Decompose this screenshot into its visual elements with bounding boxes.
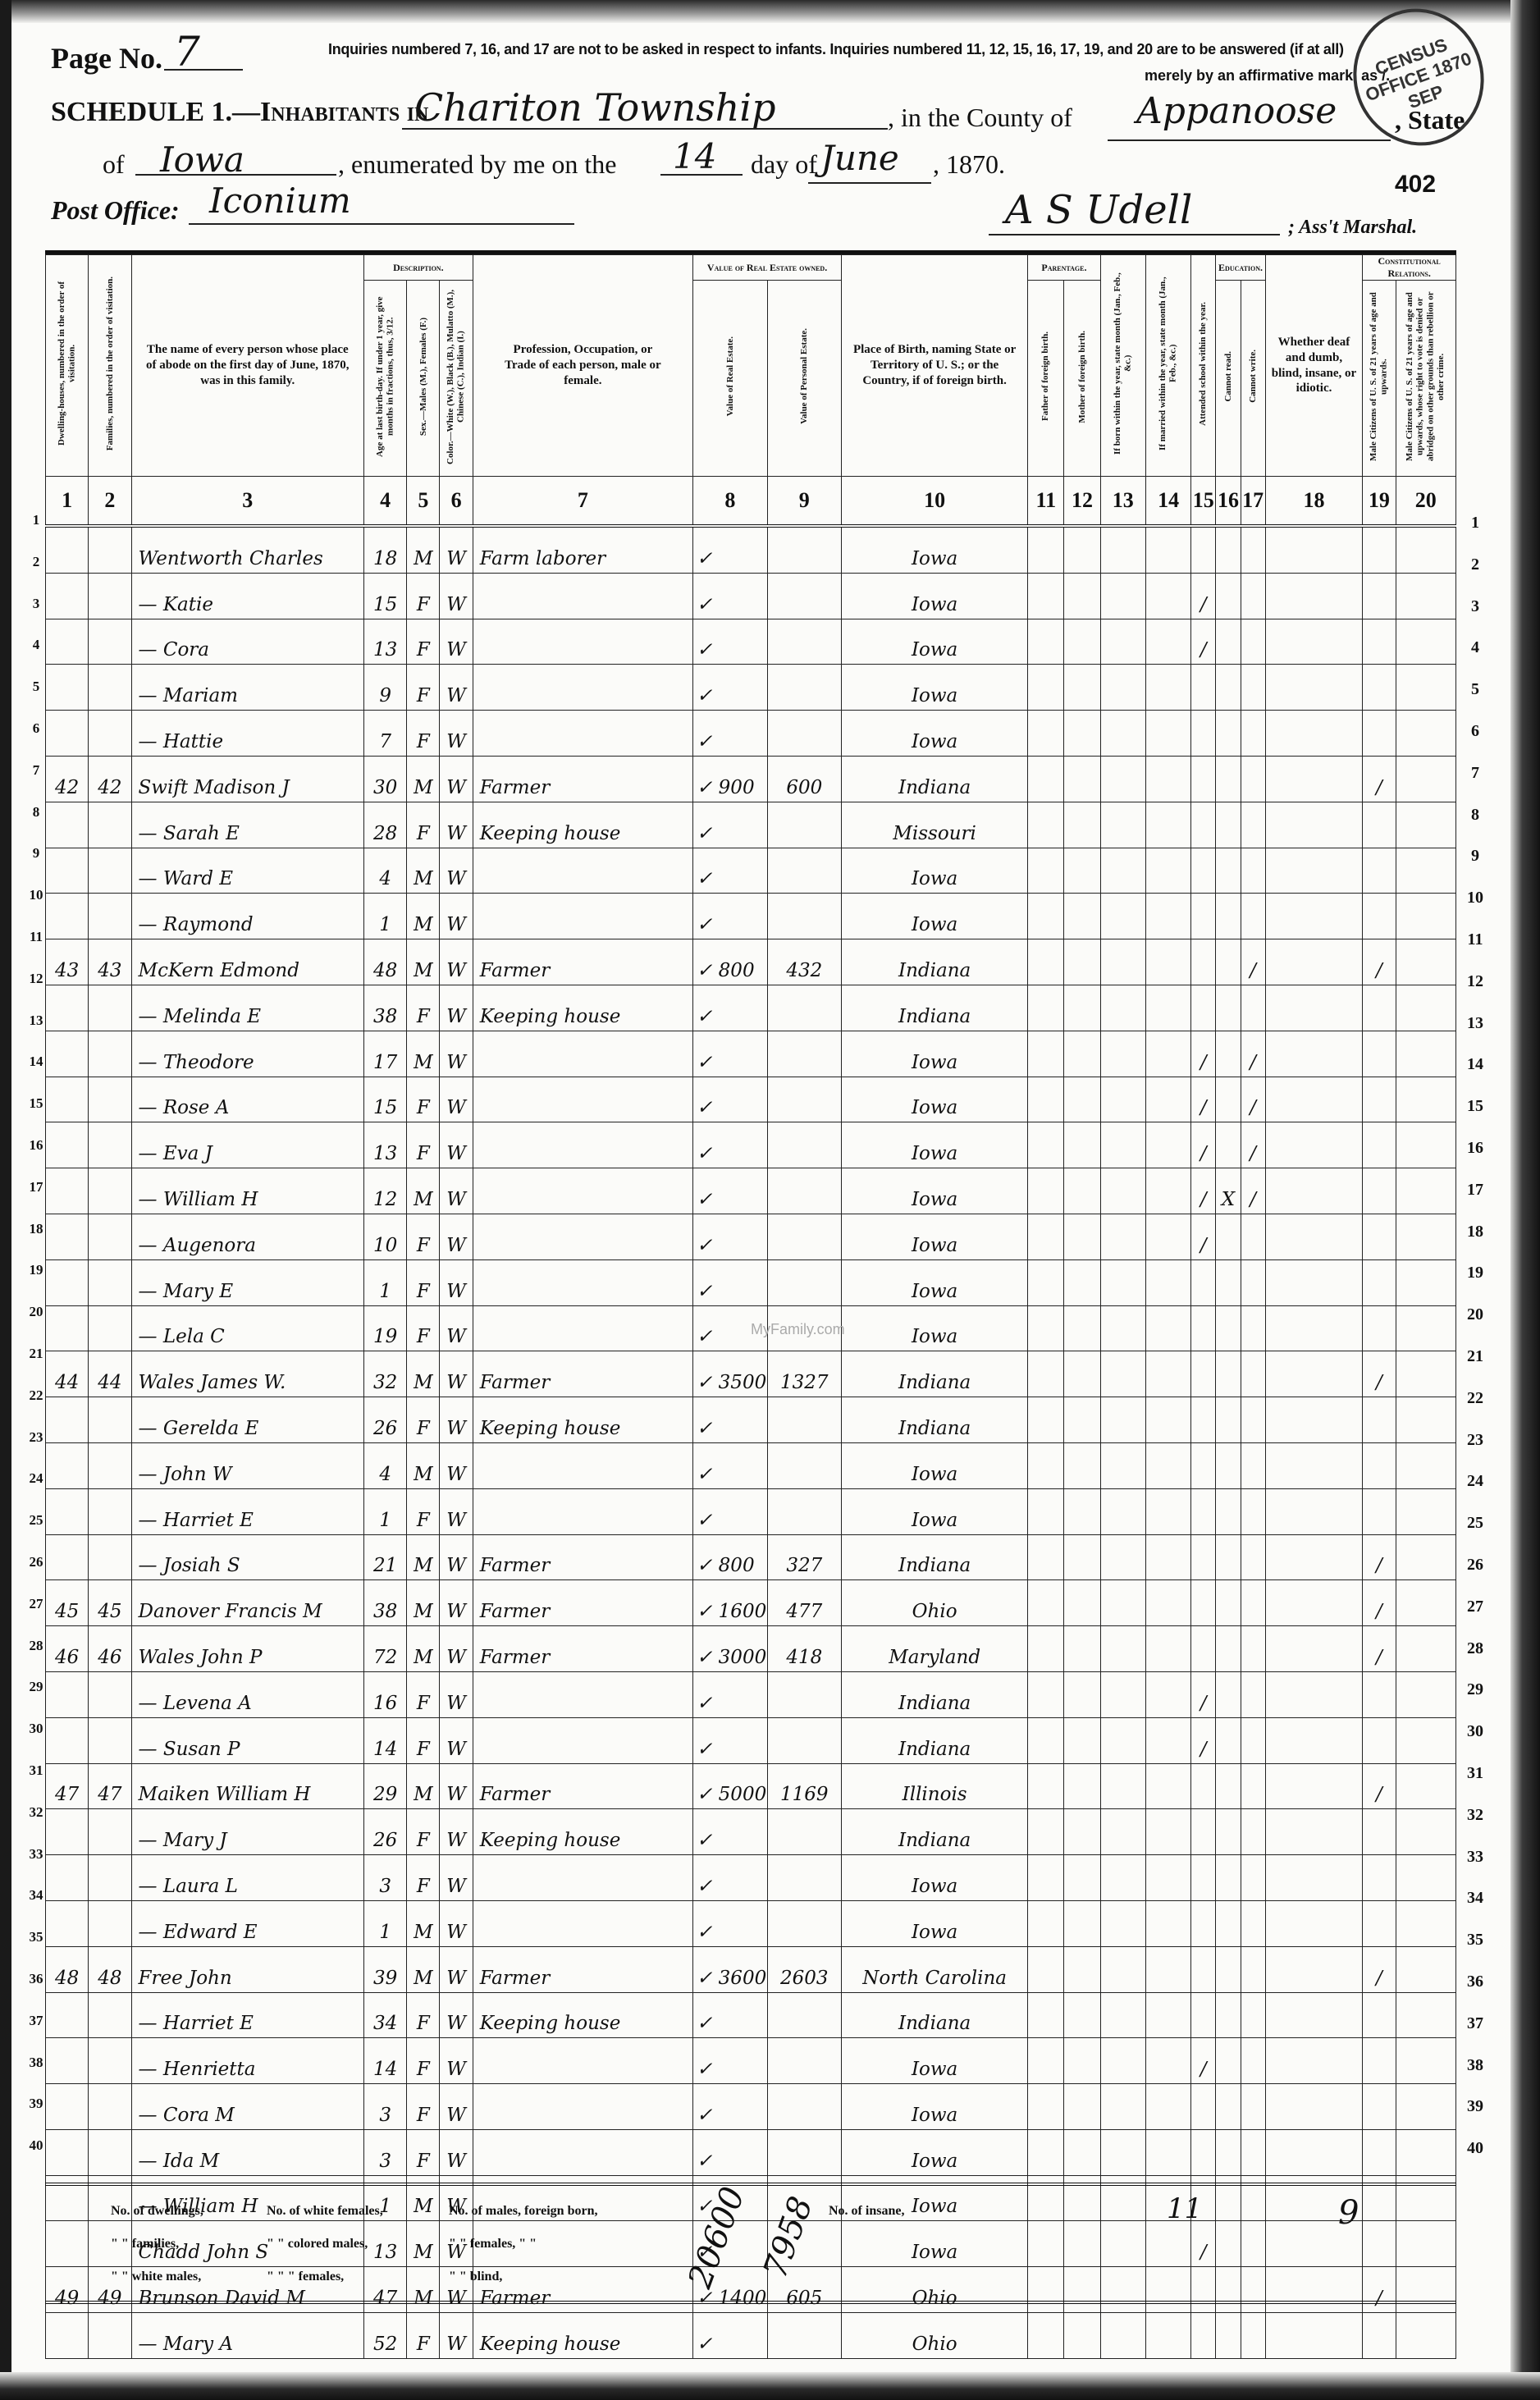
page-label: Page No. (51, 41, 162, 75)
column-number: 6 (440, 477, 473, 527)
year-label: , 1870. (933, 149, 1005, 180)
cell-dwelling-number (46, 711, 89, 757)
cell-real-estate-value: ✓ (693, 1992, 767, 2038)
cell-vote-denied (1396, 848, 1456, 894)
cell-occupation (473, 1305, 692, 1351)
cell-cannot-read (1216, 894, 1241, 939)
cell-vote-denied (1396, 894, 1456, 939)
cell-mother-foreign (1064, 1900, 1100, 1946)
cell-father-foreign (1028, 1534, 1064, 1580)
marshal-signature: A S Udell (1005, 187, 1192, 233)
header-group-education: Education. (1216, 255, 1265, 281)
cell-family-number (89, 848, 131, 894)
cell-vote-denied (1396, 1946, 1456, 1992)
cell-real-estate-value: ✓ (693, 2038, 767, 2084)
cell-mother-foreign (1064, 1534, 1100, 1580)
cell-dwelling-number (46, 1077, 89, 1122)
cell-color: W (440, 1946, 473, 1992)
cell-person-name: — Henrietta (131, 2038, 363, 2084)
scan-edge-top (0, 0, 1540, 23)
dwellings-label: No. of dwellings, (111, 2204, 203, 2219)
cell-mother-foreign (1064, 1397, 1100, 1443)
column-number: 1 (46, 477, 89, 527)
census-schedule: Dwelling-houses, numbered in the order o… (45, 250, 1456, 2359)
line-number-right: 21 (1459, 1347, 1492, 1366)
cell-sex: F (407, 1671, 440, 1717)
cell-occupation (473, 1214, 692, 1259)
cell-age: 26 (364, 1809, 407, 1855)
cell-vote-denied (1396, 1626, 1456, 1672)
line-number-right: 40 (1459, 2139, 1492, 2158)
cell-born-within-year (1100, 1992, 1145, 2038)
cell-birthplace: Iowa (842, 1031, 1028, 1077)
cell-deaf-blind (1265, 939, 1363, 985)
line-number-right: 1 (1459, 514, 1492, 533)
cell-personal-estate-value (767, 619, 841, 665)
line-number-right: 33 (1459, 1848, 1492, 1867)
cell-married-within-year (1145, 756, 1190, 802)
cell-personal-estate-value (767, 2084, 841, 2130)
cell-age: 19 (364, 1305, 407, 1351)
scan-edge-bottom (0, 2372, 1540, 2400)
cell-cannot-write (1241, 1534, 1265, 1580)
cell-family-number (89, 2084, 131, 2130)
cell-attended-school: / (1191, 1031, 1216, 1077)
cell-cannot-read: X (1216, 1168, 1241, 1214)
cell-real-estate-value: ✓ (693, 2129, 767, 2175)
colored-females-label: " " " females, (267, 2270, 344, 2284)
cell-birthplace: Iowa (842, 711, 1028, 757)
cell-male-citizen (1363, 1259, 1396, 1305)
cell-personal-estate-value (767, 1671, 841, 1717)
cell-cannot-write (1241, 665, 1265, 711)
cell-father-foreign (1028, 665, 1064, 711)
line-number-right: 7 (1459, 764, 1492, 783)
cell-married-within-year (1145, 1397, 1190, 1443)
cell-mother-foreign (1064, 1946, 1100, 1992)
cell-color: W (440, 1626, 473, 1672)
line-number-left: 18 (28, 1221, 44, 1237)
column-number: 10 (842, 477, 1028, 527)
cell-cannot-write (1241, 2084, 1265, 2130)
cell-married-within-year (1145, 1763, 1190, 1809)
cell-male-citizen (1363, 2038, 1396, 2084)
cell-married-within-year (1145, 526, 1190, 573)
cell-male-citizen (1363, 1809, 1396, 1855)
cell-father-foreign (1028, 1031, 1064, 1077)
cell-occupation: Farmer (473, 1534, 692, 1580)
cell-person-name: — Ward E (131, 848, 363, 894)
cell-born-within-year (1100, 1580, 1145, 1626)
cell-cannot-read (1216, 1259, 1241, 1305)
cell-dwelling-number (46, 1992, 89, 2038)
cell-color: W (440, 848, 473, 894)
cell-person-name: — John W (131, 1442, 363, 1488)
cell-occupation: Farmer (473, 756, 692, 802)
cell-sex: M (407, 1900, 440, 1946)
cell-dwelling-number: 48 (46, 1946, 89, 1992)
cell-cannot-write (1241, 1946, 1265, 1992)
cell-born-within-year (1100, 1351, 1145, 1397)
column-number: 4 (364, 477, 407, 527)
cell-person-name: — Mary E (131, 1259, 363, 1305)
header-cannot-read: Cannot read. (1216, 281, 1241, 477)
cell-vote-denied (1396, 1717, 1456, 1763)
cell-cannot-write (1241, 1626, 1265, 1672)
cell-mother-foreign (1064, 756, 1100, 802)
cell-cannot-read (1216, 1855, 1241, 1901)
census-table: Dwelling-houses, numbered in the order o… (45, 254, 1456, 2359)
cell-dwelling-number (46, 1214, 89, 1259)
cell-cannot-write (1241, 2129, 1265, 2175)
cell-age: 13 (364, 619, 407, 665)
cell-real-estate-value: ✓ (693, 1900, 767, 1946)
cell-father-foreign (1028, 2313, 1064, 2359)
cell-age: 14 (364, 2038, 407, 2084)
cell-occupation (473, 1717, 692, 1763)
cell-person-name: — Katie (131, 573, 363, 619)
cell-dwelling-number (46, 1122, 89, 1168)
cell-born-within-year (1100, 2084, 1145, 2130)
cell-father-foreign (1028, 1214, 1064, 1259)
cell-male-citizen (1363, 1488, 1396, 1534)
cell-cannot-write (1241, 1305, 1265, 1351)
cell-birthplace: Iowa (842, 1442, 1028, 1488)
table-row: 4848Free John39MWFarmer✓ 36002603North C… (46, 1946, 1456, 1992)
cell-cannot-read (1216, 1946, 1241, 1992)
cell-family-number (89, 1534, 131, 1580)
cell-born-within-year (1100, 1900, 1145, 1946)
table-row: — Edward E1MW✓Iowa (46, 1900, 1456, 1946)
cell-vote-denied (1396, 1580, 1456, 1626)
cell-father-foreign (1028, 1809, 1064, 1855)
cell-mother-foreign (1064, 1351, 1100, 1397)
table-row: — John W4MW✓Iowa (46, 1442, 1456, 1488)
cell-deaf-blind (1265, 1580, 1363, 1626)
cell-attended-school (1191, 2313, 1216, 2359)
cell-cannot-write: / (1241, 1031, 1265, 1077)
line-number-right: 27 (1459, 1598, 1492, 1616)
cell-dwelling-number (46, 1488, 89, 1534)
cell-vote-denied (1396, 2084, 1456, 2130)
cell-father-foreign (1028, 1763, 1064, 1809)
cell-color: W (440, 1488, 473, 1534)
column-number: 20 (1396, 477, 1456, 527)
table-row: — Cora M3FW✓Iowa (46, 2084, 1456, 2130)
table-row: — Levena A16FW✓Indiana/ (46, 1671, 1456, 1717)
cell-dwelling-number (46, 1534, 89, 1580)
cell-person-name: — Josiah S (131, 1534, 363, 1580)
cell-father-foreign (1028, 1855, 1064, 1901)
cell-mother-foreign (1064, 1855, 1100, 1901)
cell-born-within-year (1100, 1031, 1145, 1077)
cell-family-number (89, 802, 131, 848)
cell-vote-denied (1396, 939, 1456, 985)
cell-cannot-read (1216, 1717, 1241, 1763)
cell-birthplace: North Carolina (842, 1946, 1028, 1992)
line-number-left: 30 (28, 1721, 44, 1737)
cell-sex: F (407, 2313, 440, 2359)
cell-born-within-year (1100, 756, 1145, 802)
cell-color: W (440, 1168, 473, 1214)
cell-occupation (473, 1442, 692, 1488)
cell-real-estate-value: ✓ (693, 1488, 767, 1534)
cell-person-name: — Sarah E (131, 802, 363, 848)
cell-personal-estate-value (767, 1442, 841, 1488)
column-number: 11 (1028, 477, 1064, 527)
cell-real-estate-value: ✓ (693, 1717, 767, 1763)
cell-sex: F (407, 2129, 440, 2175)
cell-color: W (440, 711, 473, 757)
cell-real-estate-value: ✓ (693, 985, 767, 1031)
cell-cannot-read (1216, 756, 1241, 802)
line-number-right: 19 (1459, 1264, 1492, 1282)
cell-age: 15 (364, 1077, 407, 1122)
cell-birthplace: Indiana (842, 1809, 1028, 1855)
cell-real-estate-value: ✓ (693, 1077, 767, 1122)
cell-personal-estate-value (767, 1077, 841, 1122)
cell-age: 30 (364, 756, 407, 802)
cell-mother-foreign (1064, 2038, 1100, 2084)
cell-birthplace: Iowa (842, 526, 1028, 573)
cell-born-within-year (1100, 1946, 1145, 1992)
cell-vote-denied (1396, 1031, 1456, 1077)
cell-sex: M (407, 526, 440, 573)
cell-dwelling-number (46, 1900, 89, 1946)
cell-age: 7 (364, 711, 407, 757)
cell-person-name: — Susan P (131, 1717, 363, 1763)
cell-color: W (440, 1442, 473, 1488)
cell-father-foreign (1028, 1397, 1064, 1443)
cell-age: 38 (364, 985, 407, 1031)
cell-age: 12 (364, 1168, 407, 1214)
cell-color: W (440, 2129, 473, 2175)
line-number-left: 39 (28, 2096, 44, 2112)
cell-deaf-blind (1265, 1900, 1363, 1946)
cell-male-citizen (1363, 1855, 1396, 1901)
cell-person-name: — Mary A (131, 2313, 363, 2359)
county-line (1108, 139, 1391, 141)
cell-vote-denied (1396, 2129, 1456, 2175)
cell-attended-school (1191, 802, 1216, 848)
table-row: 4343McKern Edmond48MWFarmer✓ 800432India… (46, 939, 1456, 985)
cell-age: 39 (364, 1946, 407, 1992)
cell-deaf-blind (1265, 1946, 1363, 1992)
cell-male-citizen (1363, 1077, 1396, 1122)
cell-attended-school (1191, 1488, 1216, 1534)
cell-person-name: — Edward E (131, 1900, 363, 1946)
line-number-left: 28 (28, 1638, 44, 1654)
total-personal-estate: 7958 (756, 2192, 820, 2283)
cell-father-foreign (1028, 1168, 1064, 1214)
cell-cannot-read (1216, 802, 1241, 848)
cell-personal-estate-value (767, 573, 841, 619)
cell-sex: F (407, 573, 440, 619)
header-male-citizens: Male Citizens of U. S. of 21 years of ag… (1363, 281, 1396, 477)
cell-person-name: — Rose A (131, 1077, 363, 1122)
cell-sex: F (407, 1259, 440, 1305)
cell-real-estate-value: ✓ (693, 2313, 767, 2359)
cell-married-within-year (1145, 1305, 1190, 1351)
line-number-right: 38 (1459, 2056, 1492, 2075)
line-number-left: 6 (28, 720, 44, 737)
cell-vote-denied (1396, 1442, 1456, 1488)
cell-cannot-write (1241, 2313, 1265, 2359)
cell-vote-denied (1396, 665, 1456, 711)
header-occupation: Profession, Occupation, or Trade of each… (473, 255, 692, 477)
cell-age: 52 (364, 2313, 407, 2359)
cell-mother-foreign (1064, 1259, 1100, 1305)
cell-father-foreign (1028, 1717, 1064, 1763)
cell-deaf-blind (1265, 1077, 1363, 1122)
column-number: 12 (1064, 477, 1100, 527)
cell-born-within-year (1100, 1168, 1145, 1214)
cell-personal-estate-value: 432 (767, 939, 841, 985)
table-row: Wentworth Charles18MWFarm laborer✓Iowa (46, 526, 1456, 573)
cell-dwelling-number (46, 2084, 89, 2130)
header-born-within-year: If born within the year, state month (Ja… (1100, 255, 1145, 477)
cell-birthplace: Iowa (842, 1214, 1028, 1259)
cell-color: W (440, 1397, 473, 1443)
table-row: — Henrietta14FW✓Iowa/ (46, 2038, 1456, 2084)
cell-color: W (440, 1717, 473, 1763)
cell-family-number (89, 1809, 131, 1855)
column-number: 2 (89, 477, 131, 527)
line-number-right: 29 (1459, 1680, 1492, 1699)
cell-vote-denied (1396, 1168, 1456, 1214)
cell-sex: M (407, 1580, 440, 1626)
cell-vote-denied (1396, 2038, 1456, 2084)
cell-married-within-year (1145, 1488, 1190, 1534)
cell-father-foreign (1028, 1305, 1064, 1351)
cell-vote-denied (1396, 756, 1456, 802)
cell-birthplace: Indiana (842, 1671, 1028, 1717)
cell-married-within-year (1145, 2084, 1190, 2130)
of-label: of (103, 149, 125, 180)
cell-occupation: Keeping house (473, 802, 692, 848)
cell-father-foreign (1028, 1351, 1064, 1397)
cell-occupation: Farmer (473, 1580, 692, 1626)
cell-deaf-blind (1265, 1031, 1363, 1077)
line-number-left: 21 (28, 1346, 44, 1362)
cell-father-foreign (1028, 802, 1064, 848)
cell-dwelling-number: 45 (46, 1580, 89, 1626)
cell-color: W (440, 665, 473, 711)
line-number-right: 32 (1459, 1806, 1492, 1825)
line-number-left: 4 (28, 637, 44, 653)
cell-vote-denied (1396, 573, 1456, 619)
cell-real-estate-value: ✓ (693, 894, 767, 939)
cell-cannot-write (1241, 985, 1265, 1031)
table-row: — Harriet E34FWKeeping house✓Indiana (46, 1992, 1456, 2038)
cell-family-number (89, 526, 131, 573)
cell-person-name: — Cora (131, 619, 363, 665)
table-row: — Katie15FW✓Iowa/ (46, 573, 1456, 619)
cell-born-within-year (1100, 711, 1145, 757)
cell-family-number (89, 2313, 131, 2359)
cell-mother-foreign (1064, 985, 1100, 1031)
line-number-left: 2 (28, 554, 44, 570)
line-number-left: 32 (28, 1804, 44, 1821)
day-of-label: day of (751, 149, 817, 180)
table-row: — Mary J26FWKeeping house✓Indiana (46, 1809, 1456, 1855)
cell-personal-estate-value (767, 1809, 841, 1855)
cell-cannot-write (1241, 756, 1265, 802)
cell-born-within-year (1100, 894, 1145, 939)
cell-mother-foreign (1064, 802, 1100, 848)
cell-occupation (473, 848, 692, 894)
cell-male-citizen (1363, 802, 1396, 848)
scan-edge-right (1510, 0, 1540, 2400)
cell-attended-school: / (1191, 2038, 1216, 2084)
header-sex: Sex.—Males (M.), Females (F.) (407, 281, 440, 477)
blind-label: " " blind, (449, 2270, 502, 2284)
cell-cannot-read (1216, 665, 1241, 711)
cell-dwelling-number: 46 (46, 1626, 89, 1672)
cell-mother-foreign (1064, 1671, 1100, 1717)
header-mother-foreign: Mother of foreign birth. (1064, 281, 1100, 477)
cell-family-number (89, 1488, 131, 1534)
cell-birthplace: Iowa (842, 2129, 1028, 2175)
cell-attended-school: / (1191, 573, 1216, 619)
cell-cannot-write (1241, 1351, 1265, 1397)
cell-mother-foreign (1064, 1626, 1100, 1672)
cell-vote-denied (1396, 1397, 1456, 1443)
cell-mother-foreign (1064, 1031, 1100, 1077)
cell-real-estate-value: ✓ (693, 619, 767, 665)
cell-sex: M (407, 848, 440, 894)
cell-married-within-year (1145, 1717, 1190, 1763)
cell-male-citizen (1363, 1900, 1396, 1946)
cell-cannot-write (1241, 894, 1265, 939)
cell-dwelling-number (46, 1305, 89, 1351)
cell-mother-foreign (1064, 1305, 1100, 1351)
cell-birthplace: Indiana (842, 756, 1028, 802)
cell-age: 1 (364, 1488, 407, 1534)
cell-married-within-year (1145, 1900, 1190, 1946)
cell-cannot-read (1216, 1214, 1241, 1259)
line-number-left: 25 (28, 1512, 44, 1529)
cell-cannot-write (1241, 1259, 1265, 1305)
cell-dwelling-number (46, 1717, 89, 1763)
cell-real-estate-value: ✓ (693, 1168, 767, 1214)
cell-cannot-write (1241, 848, 1265, 894)
cell-attended-school (1191, 1763, 1216, 1809)
cell-born-within-year (1100, 939, 1145, 985)
cell-birthplace: Indiana (842, 1397, 1028, 1443)
column-number: 3 (131, 477, 363, 527)
cell-personal-estate-value (767, 894, 841, 939)
cell-deaf-blind (1265, 1214, 1363, 1259)
cell-sex: F (407, 1809, 440, 1855)
cell-cannot-read (1216, 1900, 1241, 1946)
cell-attended-school (1191, 526, 1216, 573)
cell-real-estate-value: ✓ (693, 573, 767, 619)
cell-attended-school: / (1191, 1214, 1216, 1259)
cell-sex: F (407, 1122, 440, 1168)
cell-person-name: Wales John P (131, 1626, 363, 1672)
cell-occupation (473, 2129, 692, 2175)
cell-personal-estate-value: 418 (767, 1626, 841, 1672)
cell-occupation: Farmer (473, 1351, 692, 1397)
cell-married-within-year (1145, 1168, 1190, 1214)
cell-color: W (440, 939, 473, 985)
table-row: — Rose A15FW✓Iowa// (46, 1077, 1456, 1122)
cell-deaf-blind (1265, 1122, 1363, 1168)
cell-age: 38 (364, 1580, 407, 1626)
cell-cannot-read (1216, 985, 1241, 1031)
header-group-parentage: Parentage. (1028, 255, 1100, 281)
